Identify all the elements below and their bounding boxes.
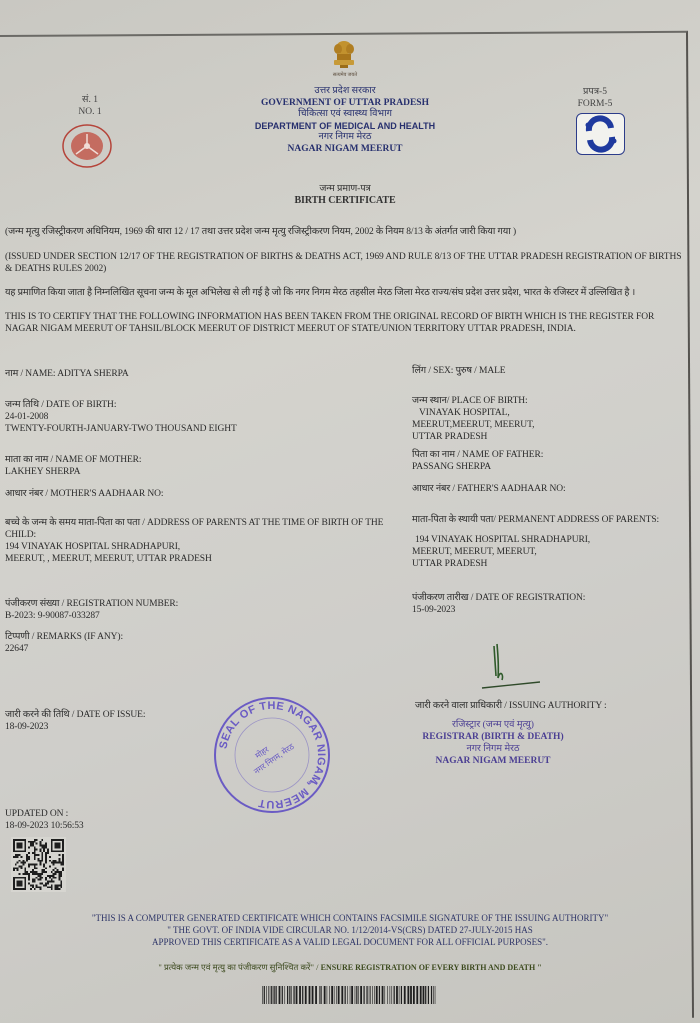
number-hindi: सं. 1 <box>60 94 120 106</box>
permanent-address-line-3: UTTAR PRADESH <box>412 558 667 570</box>
mother-value: LAKHEY SHERPA <box>5 466 385 478</box>
nagar-nigam-english: NAGAR NIGAM MEERUT <box>408 755 578 767</box>
verification-qr-code[interactable] <box>11 837 66 892</box>
issuer-header: उत्तर प्रदेश सरकार GOVERNMENT OF UTTAR P… <box>230 86 460 155</box>
department-hindi: चिकित्सा एवं स्वास्थ्य विभाग <box>230 109 460 121</box>
registrar-signature <box>480 640 540 690</box>
national-emblem-icon <box>331 40 357 70</box>
issued-under-hindi: (जन्म मृत्यु रजिस्ट्रीकरण अधिनियम, 1969 … <box>5 226 685 238</box>
address-birth-line-1: 194 VINAYAK HOSPITAL SHRADHAPURI, <box>5 541 390 553</box>
place-of-birth-line-2: MEERUT,MEERUT, MEERUT, <box>412 419 682 431</box>
field-address-at-birth: बच्चे के जन्म के समय माता-पिता का पता / … <box>5 517 390 565</box>
form-english: FORM-5 <box>570 98 620 110</box>
field-registration-number: पंजीकरण संख्या / REGISTRATION NUMBER: B-… <box>5 598 385 622</box>
mother-label: माता का नाम / NAME OF MOTHER: <box>5 454 385 466</box>
updated-on-label: UPDATED ON : <box>5 808 205 820</box>
permanent-address-line-1: 194 VINAYAK HOSPITAL SHRADHAPURI, <box>412 534 667 546</box>
emblem-motto: सत्यमेव जयते <box>320 72 370 78</box>
number-english: NO. 1 <box>60 106 120 118</box>
registrar-english: REGISTRAR (BIRTH & DEATH) <box>408 731 578 743</box>
remarks-value: 22647 <box>5 643 385 655</box>
father-aadhaar-label: आधार नंबर / FATHER'S AADHAAR NO: <box>412 484 566 494</box>
father-value: PASSANG SHERPA <box>412 461 682 473</box>
father-label: पिता का नाम / NAME OF FATHER: <box>412 449 682 461</box>
field-father-aadhaar: आधार नंबर / FATHER'S AADHAAR NO: <box>412 483 682 495</box>
sex-value: पुरुष / MALE <box>456 366 506 376</box>
svg-text:*: * <box>308 779 313 790</box>
title-english: BIRTH CERTIFICATE <box>245 195 445 207</box>
field-permanent-address: माता-पिता के स्थायी पता/ PERMANENT ADDRE… <box>412 514 667 570</box>
reg-date-label: पंजीकरण तारीख / DATE OF REGISTRATION: <box>412 592 682 604</box>
place-of-birth-line-3: UTTAR PRADESH <box>412 431 682 443</box>
form-number-block: प्रपत्र-5 FORM-5 <box>570 86 620 110</box>
sex-label: लिंग / SEX: <box>412 366 453 376</box>
field-father-name: पिता का नाम / NAME OF FATHER: PASSANG SH… <box>412 449 682 473</box>
registrar-hindi: रजिस्ट्रार (जन्म एवं मृत्यु) <box>408 719 578 731</box>
ensure-hindi: " प्रत्येक जन्म एवं मृत्यु का पंजीकरण सु… <box>158 962 318 972</box>
permanent-address-line-2: MEERUT, MEERUT, MEERUT, <box>412 546 667 558</box>
field-mother-aadhaar: आधार नंबर / MOTHER'S AADHAAR NO: <box>5 488 385 500</box>
issue-date-value: 18-09-2023 <box>5 721 205 733</box>
body-hindi: नगर निगम मेरठ <box>230 132 460 144</box>
field-remarks: टिप्पणी / REMARKS (IF ANY): 22647 <box>5 631 385 655</box>
name-value: ADITYA SHERPA <box>57 369 128 379</box>
field-date-of-birth: जन्म तिथि / DATE OF BIRTH: 24-01-2008 TW… <box>5 399 385 435</box>
up-government-seal-icon <box>62 124 112 168</box>
issue-date-label: जारी करने की तिथि / DATE OF ISSUE: <box>5 709 205 721</box>
field-sex: लिंग / SEX: पुरुष / MALE <box>412 365 682 377</box>
place-of-birth-label: जन्म स्थान/ PLACE OF BIRTH: <box>412 395 682 407</box>
field-mother-name: माता का नाम / NAME OF MOTHER: LAKHEY SHE… <box>5 454 385 478</box>
field-updated-on: UPDATED ON : 18-09-2023 10:56:53 <box>5 808 205 832</box>
form-hindi: प्रपत्र-5 <box>570 86 620 98</box>
footer-line-2: " THE GOVT. OF INDIA VIDE CIRCULAR NO. 1… <box>40 924 660 936</box>
issued-under-english: (ISSUED UNDER SECTION 12/17 OF THE REGIS… <box>5 251 685 275</box>
department-english: DEPARTMENT OF MEDICAL AND HEALTH <box>230 121 460 133</box>
remarks-label: टिप्पणी / REMARKS (IF ANY): <box>5 631 385 643</box>
permanent-address-label: माता-पिता के स्थायी पता/ PERMANENT ADDRE… <box>412 514 667 526</box>
mother-aadhaar-label: आधार नंबर / MOTHER'S AADHAAR NO: <box>5 489 163 499</box>
title-hindi: जन्म प्रमाण-पत्र <box>245 183 445 195</box>
field-name: नाम / NAME: ADITYA SHERPA <box>5 368 385 380</box>
field-date-of-issue: जारी करने की तिथि / DATE OF ISSUE: 18-09… <box>5 709 205 733</box>
crs-logo-icon <box>576 113 625 155</box>
dob-words: TWENTY-FOURTH-JANUARY-TWO THOUSAND EIGHT <box>5 423 385 435</box>
reg-date-value: 15-09-2023 <box>412 604 682 616</box>
certify-hindi: यह प्रमाणित किया जाता है निम्नलिखित सूचन… <box>5 287 685 299</box>
footer-disclaimer: "THIS IS A COMPUTER GENERATED CERTIFICAT… <box>40 912 660 948</box>
certificate-number-block: सं. 1 NO. 1 <box>60 94 120 118</box>
address-birth-line-2: MEERUT, , MEERUT, MEERUT, UTTAR PRADESH <box>5 553 390 565</box>
nagar-nigam-hindi: नगर निगम मेरठ <box>408 743 578 755</box>
footer-line-1: "THIS IS A COMPUTER GENERATED CERTIFICAT… <box>40 912 660 924</box>
nagar-nigam-seal-stamp: SEAL OF THE NAGAR NIGAM, MEERUT मोहर नगर… <box>212 695 332 815</box>
certify-english: THIS IS TO CERTIFY THAT THE FOLLOWING IN… <box>5 311 685 335</box>
ensure-english: ENSURE REGISTRATION OF EVERY BIRTH AND D… <box>321 963 542 972</box>
address-birth-label: बच्चे के जन्म के समय माता-पिता का पता / … <box>5 517 390 541</box>
footer-line-3: APPROVED THIS CERTIFICATE AS A VALID LEG… <box>40 936 660 948</box>
field-place-of-birth: जन्म स्थान/ PLACE OF BIRTH: VINAYAK HOSP… <box>412 395 682 443</box>
reg-number-label: पंजीकरण संख्या / REGISTRATION NUMBER: <box>5 598 385 610</box>
body-english: NAGAR NIGAM MEERUT <box>230 144 460 156</box>
place-of-birth-line-1: VINAYAK HOSPITAL, <box>412 407 682 419</box>
issuing-authority-block: रजिस्ट्रार (जन्म एवं मृत्यु) REGISTRAR (… <box>408 719 578 767</box>
reg-number-value: B-2023: 9-90087-033287 <box>5 610 385 622</box>
name-label: नाम / NAME: <box>5 369 55 379</box>
field-date-of-registration: पंजीकरण तारीख / DATE OF REGISTRATION: 15… <box>412 592 682 616</box>
state-english: GOVERNMENT OF UTTAR PRADESH <box>230 98 460 110</box>
certificate-title: जन्म प्रमाण-पत्र BIRTH CERTIFICATE <box>245 183 445 207</box>
dob-value: 24-01-2008 <box>5 411 385 423</box>
updated-on-value: 18-09-2023 10:56:53 <box>5 820 205 832</box>
state-hindi: उत्तर प्रदेश सरकार <box>230 86 460 98</box>
certificate-barcode <box>262 986 438 1004</box>
dob-label: जन्म तिथि / DATE OF BIRTH: <box>5 399 385 411</box>
issuing-authority-label: जारी करने वाला प्राधिकारी / ISSUING AUTH… <box>415 700 685 712</box>
ensure-registration-note: " प्रत्येक जन्म एवं मृत्यु का पंजीकरण सु… <box>100 962 600 973</box>
